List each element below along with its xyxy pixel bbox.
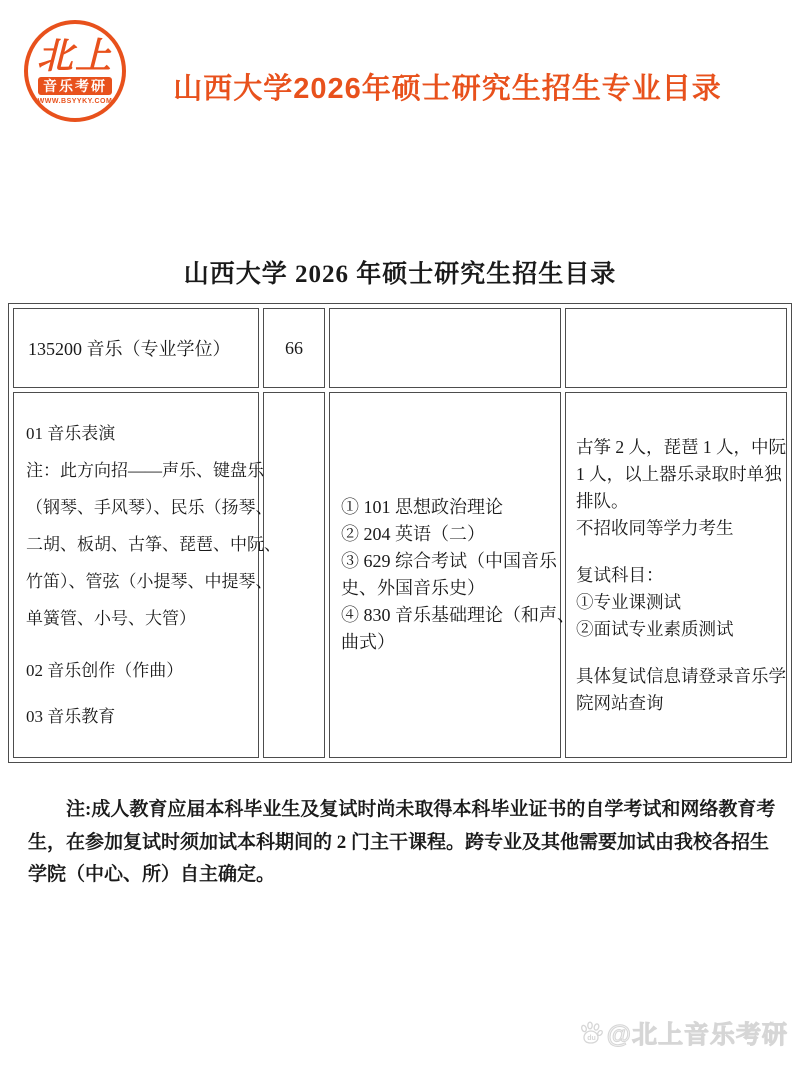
remarks-info-group: 具体复试信息请登录音乐学 院网站查询 bbox=[576, 663, 782, 717]
remark-line: ②面试专业素质测试 bbox=[576, 616, 782, 643]
footnote: 注:成人教育应届本科毕业生及复试时尚未取得本科毕业证书的自学考试和网络教育考 生… bbox=[0, 794, 800, 892]
baidu-paw-icon: du bbox=[578, 1020, 604, 1046]
watermark: du @北上音乐考研 bbox=[578, 1015, 788, 1051]
direction-line: （钢琴、手风琴）、民乐（扬琴、 bbox=[26, 489, 254, 526]
footnote-line: 生，在参加复试时须加试本科期间的 2 门主干课程。跨专业及其他需要加试由我校各招… bbox=[28, 827, 772, 860]
empty-cell bbox=[565, 308, 787, 388]
exam-subject-line: ① 101 思想政治理论 bbox=[341, 494, 554, 521]
direction-line: 单簧管、小号、大管） bbox=[26, 600, 254, 637]
direction-line: 注：此方向招——声乐、键盘乐 bbox=[26, 452, 254, 489]
admissions-table: 135200 音乐（专业学位） 66 01 音乐表演 注：此方向招——声乐、键盘… bbox=[8, 303, 792, 763]
direction-line: 02 音乐创作（作曲） bbox=[26, 652, 254, 689]
direction-line: 二胡、板胡、古筝、琵琶、中阮、 bbox=[26, 526, 254, 563]
footnote-line: 注:成人教育应届本科毕业生及复试时尚未取得本科毕业证书的自学考试和网络教育考 bbox=[28, 794, 772, 827]
remark-line: ①专业课测试 bbox=[576, 589, 782, 616]
document-title: 山西大学 2026 年硕士研究生招生目录 bbox=[0, 254, 800, 290]
remark-line: 具体复试信息请登录音乐学 bbox=[576, 663, 782, 690]
exam-subject-line: ② 204 英语（二） bbox=[341, 521, 554, 548]
exam-subject-line: ③ 629 综合考试（中国音乐 bbox=[341, 548, 554, 575]
empty-cell bbox=[329, 308, 561, 388]
direction-line: 03 音乐教育 bbox=[26, 698, 254, 735]
direction-line: 竹笛）、管弦（小提琴、中提琴、 bbox=[26, 563, 254, 600]
remark-line: 不招收同等学力考生 bbox=[576, 515, 782, 542]
table-row-details: 01 音乐表演 注：此方向招——声乐、键盘乐 （钢琴、手风琴）、民乐（扬琴、 二… bbox=[13, 392, 787, 758]
exam-subject-line: 史、外国音乐史） bbox=[341, 575, 554, 602]
page-title: 山西大学2026年硕士研究生招生专业目录 bbox=[95, 66, 800, 107]
footnote-line: 学院（中心、所）自主确定。 bbox=[28, 859, 772, 892]
svg-text:du: du bbox=[587, 1035, 596, 1042]
directions-cell: 01 音乐表演 注：此方向招——声乐、键盘乐 （钢琴、手风琴）、民乐（扬琴、 二… bbox=[13, 392, 259, 758]
remark-line: 院网站查询 bbox=[576, 690, 782, 717]
exam-subject-line: ④ 830 音乐基础理论（和声、 bbox=[341, 602, 554, 629]
remark-line: 排队。 bbox=[576, 488, 782, 515]
remark-line: 古筝 2 人，琵琶 1 人，中阮 bbox=[576, 434, 782, 461]
remarks-quota-group: 古筝 2 人，琵琶 1 人，中阮 1 人，以上器乐录取时单独 排队。 不招收同等… bbox=[576, 434, 782, 542]
remark-line: 复试科目： bbox=[576, 562, 782, 589]
exam-subject-line: 曲式） bbox=[341, 629, 554, 656]
remarks-cell: 古筝 2 人，琵琶 1 人，中阮 1 人，以上器乐录取时单独 排队。 不招收同等… bbox=[565, 392, 787, 758]
page-header: 北上 音乐考研 WWW.BSYYKY.COM 山西大学2026年硕士研究生招生专… bbox=[0, 0, 800, 140]
direction-line: 01 音乐表演 bbox=[26, 415, 254, 452]
watermark-text: @北上音乐考研 bbox=[607, 1015, 788, 1051]
exam-subjects-cell: ① 101 思想政治理论 ② 204 英语（二） ③ 629 综合考试（中国音乐… bbox=[329, 392, 561, 758]
remarks-retest-group: 复试科目： ①专业课测试 ②面试专业素质测试 bbox=[576, 562, 782, 643]
quota-cell: 66 bbox=[263, 308, 325, 388]
program-code-cell: 135200 音乐（专业学位） bbox=[13, 308, 259, 388]
table-row-program: 135200 音乐（专业学位） 66 bbox=[13, 308, 787, 388]
remark-line: 1 人，以上器乐录取时单独 bbox=[576, 461, 782, 488]
